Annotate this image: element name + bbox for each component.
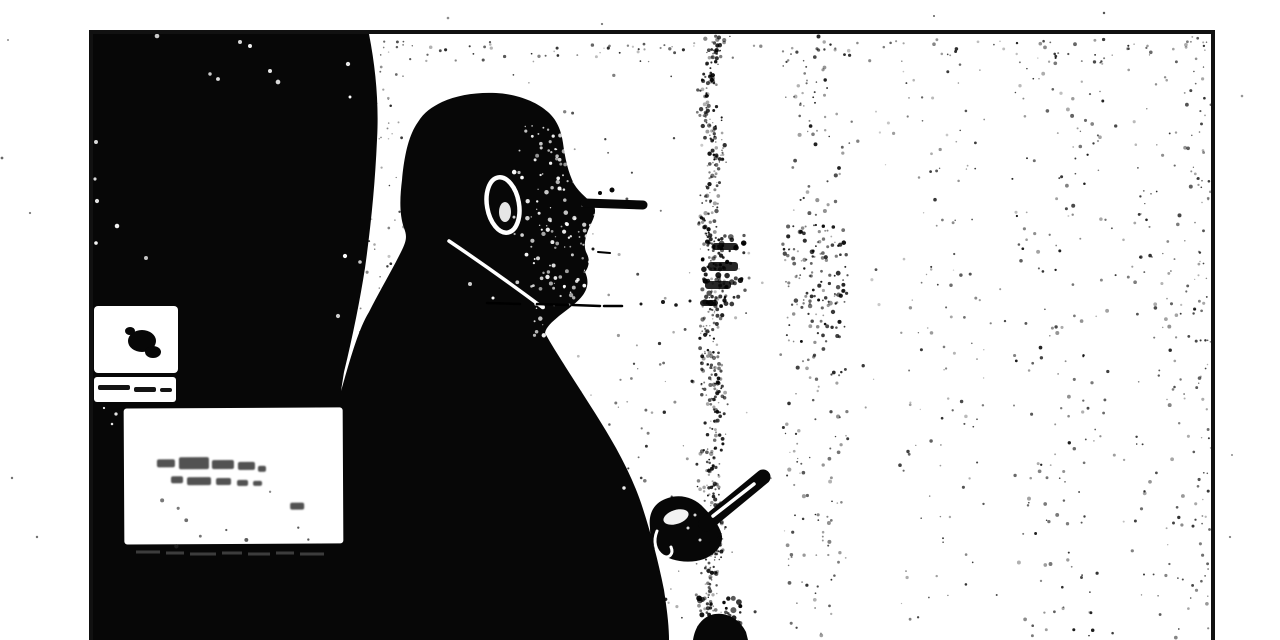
speckle-dot — [826, 180, 828, 182]
speckle-dot — [837, 502, 839, 504]
speckle-dot — [571, 253, 574, 256]
speckle-dot — [714, 408, 718, 412]
speckle-dot — [1241, 95, 1244, 98]
speckle-dot — [533, 61, 535, 63]
speckle-dot — [814, 102, 816, 104]
speckle-dot — [702, 217, 705, 220]
speckle-dot — [562, 230, 566, 234]
speckle-dot — [724, 610, 728, 614]
speckle-dot — [718, 559, 720, 561]
speckle-dot — [814, 607, 816, 609]
speckle-dot — [822, 314, 824, 316]
speckle-dot — [716, 155, 719, 158]
speckle-dot — [712, 406, 715, 409]
speckle-dot — [714, 466, 717, 469]
speckle-dot — [578, 231, 580, 233]
speckle-dot — [1168, 348, 1171, 351]
speckle-dot — [713, 219, 717, 223]
speckle-dot — [614, 402, 617, 405]
speckle-dot — [705, 107, 707, 109]
speckle-dot — [715, 391, 719, 395]
speckle-dot — [1197, 184, 1199, 186]
speckle-dot — [607, 47, 610, 50]
speckle-dot — [208, 72, 211, 75]
speckle-dot — [722, 153, 725, 156]
speckle-dot — [823, 66, 827, 70]
speckle-dot — [926, 274, 927, 275]
speckle-dot — [715, 584, 717, 586]
speckle-dot — [601, 23, 603, 25]
speckle-dot — [815, 214, 817, 216]
speckle-dot — [742, 234, 745, 237]
speckle-dot — [1167, 272, 1170, 275]
speckle-dot — [810, 295, 814, 299]
speckle-dot — [1045, 628, 1048, 631]
speckle-dot — [909, 618, 912, 621]
speckle-dot — [947, 54, 949, 56]
speckle-dot — [667, 602, 669, 604]
speckle-dot — [700, 383, 702, 385]
speckle-dot — [174, 544, 178, 548]
speckle-dot — [823, 78, 826, 81]
speckle-dot — [426, 54, 428, 56]
speckle-dot — [830, 326, 833, 329]
speckle-dot — [999, 288, 1001, 290]
speckle-dot — [1054, 269, 1056, 271]
speckle-dot — [949, 54, 951, 56]
mark — [258, 466, 266, 472]
speckle-dot — [574, 148, 576, 150]
speckle-dot — [155, 34, 160, 39]
speckle-dot — [699, 539, 702, 542]
speckle-dot — [549, 220, 551, 222]
speckle-dot — [1195, 58, 1198, 61]
speckle-dot — [708, 177, 710, 179]
speckle-dot — [822, 237, 825, 240]
speckle-dot — [786, 224, 790, 228]
speckle-dot — [785, 281, 787, 283]
speckle-dot — [1040, 356, 1043, 359]
speckle-dot — [798, 277, 800, 279]
speckle-dot — [582, 223, 586, 227]
speckle-dot — [1156, 144, 1157, 145]
speckle-dot — [1136, 443, 1138, 445]
speckle-dot — [706, 433, 709, 436]
speckle-dot — [1057, 373, 1059, 375]
speckle-dot — [1096, 572, 1099, 575]
speckle-dot — [789, 452, 790, 453]
speckle-dot — [1149, 51, 1153, 55]
speckle-dot — [1081, 60, 1083, 62]
speckle-dot — [366, 271, 369, 274]
speckle-dot — [343, 254, 347, 258]
speckle-dot — [715, 308, 719, 312]
speckle-dot — [612, 74, 615, 77]
speckle-dot — [542, 127, 544, 129]
speckle-dot — [1177, 516, 1180, 519]
speckle-dot — [539, 142, 543, 146]
speckle-dot — [845, 410, 848, 413]
speckle-dot — [244, 538, 248, 542]
speckle-dot — [816, 81, 817, 82]
speckle-dot — [531, 216, 533, 218]
speckle-dot — [713, 605, 715, 607]
speckle-dot — [699, 612, 704, 617]
speckle-dot — [536, 308, 538, 310]
speckle-dot — [1060, 326, 1063, 329]
speckle-dot — [965, 110, 968, 113]
speckle-dot — [959, 130, 961, 132]
speckle-dot — [813, 295, 815, 297]
speckle-dot — [538, 316, 542, 320]
speckle-dot — [1051, 88, 1054, 91]
speckle-dot — [7, 39, 9, 41]
speckle-dot — [1202, 229, 1205, 232]
speckle-dot — [793, 248, 795, 250]
speckle-dot — [1081, 81, 1083, 83]
speckle-dot — [618, 253, 621, 256]
speckle-dot — [380, 166, 382, 168]
speckle-dot — [1207, 339, 1209, 341]
speckle-dot — [387, 127, 389, 129]
speckle-dot — [712, 314, 713, 315]
speckle-dot — [796, 303, 798, 305]
speckle-dot — [1034, 532, 1037, 535]
speckle-dot — [336, 314, 340, 318]
speckle-dot — [1140, 213, 1142, 215]
speckle-dot — [1080, 319, 1084, 323]
speckle-dot — [827, 521, 831, 525]
speckle-dot — [827, 554, 829, 556]
speckle-dot — [1093, 440, 1095, 442]
speckle-dot — [713, 41, 716, 44]
speckle-dot — [709, 325, 710, 326]
speckle-dot — [801, 260, 803, 262]
mark — [708, 262, 738, 271]
speckle-dot — [1181, 494, 1185, 498]
speckle-dot — [803, 239, 807, 243]
speckle-dot — [721, 132, 724, 135]
speckle-dot — [394, 219, 396, 221]
speckle-dot — [1051, 327, 1054, 330]
speckle-dot — [1071, 97, 1074, 100]
speckle-dot — [396, 177, 397, 178]
speckle-dot — [537, 55, 540, 58]
speckle-dot — [846, 274, 848, 276]
speckle-dot — [395, 73, 398, 76]
speckle-dot — [746, 412, 748, 414]
speckle-dot — [830, 613, 832, 615]
speckle-dot — [714, 209, 718, 213]
speckle-dot — [1080, 131, 1081, 132]
speckle-dot — [520, 233, 524, 237]
speckle-dot — [1042, 270, 1045, 273]
speckle-dot — [703, 607, 706, 610]
speckle-dot — [856, 140, 859, 143]
speckle-dot — [708, 589, 712, 593]
speckle-dot — [1166, 527, 1168, 529]
speckle-dot — [700, 361, 704, 365]
speckle-dot — [709, 221, 712, 224]
speckle-dot — [761, 281, 764, 284]
speckle-dot — [533, 334, 536, 337]
speckle-dot — [707, 448, 708, 449]
speckle-dot — [977, 40, 980, 43]
speckle-dot — [828, 605, 831, 608]
speckle-dot — [933, 15, 935, 17]
speckle-dot — [409, 58, 411, 60]
speckle-dot — [1203, 472, 1205, 474]
speckle-dot — [1200, 580, 1203, 583]
speckle-dot — [905, 570, 907, 572]
speckle-dot — [708, 562, 711, 565]
speckle-dot — [719, 317, 722, 320]
speckle-dot — [708, 474, 710, 476]
speckle-dot — [1136, 313, 1139, 316]
speckle-dot — [743, 288, 746, 291]
speckle-dot — [570, 292, 572, 294]
speckle-dot — [716, 419, 720, 423]
speckle-dot — [632, 46, 634, 48]
speckle-dot — [942, 537, 944, 539]
speckle-dot — [1066, 558, 1069, 561]
speckle-dot — [1053, 610, 1056, 613]
speckle-dot — [537, 189, 538, 190]
speckle-dot — [387, 255, 390, 258]
speckle-dot — [708, 351, 712, 355]
speckle-dot — [714, 60, 717, 63]
speckle-dot — [963, 316, 966, 319]
speckle-dot — [794, 514, 796, 516]
speckle-dot — [818, 386, 820, 388]
speckle-dot — [697, 604, 701, 608]
speckle-dot — [1176, 223, 1180, 227]
speckle-dot — [718, 463, 720, 465]
speckle-dot — [1030, 413, 1033, 416]
speckle-dot — [1184, 92, 1186, 94]
speckle-dot — [710, 505, 712, 507]
speckle-dot — [708, 56, 711, 59]
speckle-dot — [927, 327, 929, 329]
speckle-dot — [1016, 53, 1018, 55]
speckle-dot — [711, 579, 712, 580]
speckle-dot — [636, 273, 639, 276]
speckle-dot — [1016, 215, 1018, 217]
speckle-dot — [834, 47, 836, 49]
speckle-dot — [1194, 173, 1197, 176]
speckle-dot — [1040, 580, 1042, 582]
speckle-dot — [708, 462, 711, 465]
speckle-dot — [834, 242, 835, 243]
speckle-dot — [785, 422, 788, 425]
speckle-dot — [793, 341, 795, 343]
speckle-dot — [799, 103, 802, 106]
speckle-dot — [883, 46, 886, 49]
speckle-dot — [704, 328, 706, 330]
speckle-dot — [627, 467, 629, 469]
speckle-dot — [1068, 552, 1070, 554]
speckle-dot — [715, 125, 717, 127]
speckle-dot — [718, 494, 720, 496]
speckle-dot — [929, 170, 932, 173]
speckle-dot — [696, 111, 699, 114]
speckle-dot — [640, 477, 643, 480]
speckle-dot — [807, 131, 808, 132]
speckle-dot — [575, 280, 578, 283]
speckle-dot — [1040, 464, 1042, 466]
speckle-dot — [723, 412, 726, 415]
speckle-dot — [784, 259, 786, 261]
speckle-dot — [967, 165, 969, 167]
speckle-dot — [795, 433, 797, 435]
speckle-dot — [715, 172, 718, 175]
speckle-dot — [626, 401, 628, 403]
speckle-dot — [534, 320, 536, 322]
speckle-dot — [931, 96, 934, 99]
speckle-dot — [716, 593, 718, 595]
speckle-dot — [643, 43, 646, 46]
speckle-dot — [724, 526, 726, 528]
speckle-dot — [805, 66, 807, 68]
speckle-dot — [1137, 167, 1139, 169]
speckle-dot — [712, 480, 714, 482]
speckle-dot — [114, 412, 117, 415]
speckle-dot — [1206, 562, 1209, 565]
speckle-dot — [1127, 69, 1130, 72]
speckle-dot — [815, 198, 819, 202]
speckle-dot — [781, 243, 784, 246]
speckle-dot — [396, 46, 398, 48]
speckle-dot — [1089, 611, 1092, 614]
speckle-dot — [708, 74, 712, 78]
speckle-dot — [1065, 360, 1067, 362]
speckle-dot — [1068, 441, 1071, 444]
speckle-dot — [797, 429, 801, 433]
speckle-dot — [791, 166, 794, 169]
speckle-dot — [717, 377, 721, 381]
speckle-dot — [1071, 566, 1073, 568]
speckle-dot — [993, 44, 995, 46]
speckle-dot — [636, 344, 638, 346]
speckle-dot — [842, 279, 844, 281]
speckle-dot — [563, 163, 567, 167]
speckle-dot — [846, 437, 849, 440]
speckle-dot — [429, 46, 433, 50]
speckle-dot — [787, 317, 789, 319]
mark — [237, 480, 248, 486]
speckle-dot — [699, 325, 702, 328]
speckle-dot — [834, 200, 837, 203]
speckle-dot — [823, 94, 826, 97]
speckle-dot — [960, 400, 963, 403]
speckle-dot — [1083, 515, 1085, 517]
speckle-dot — [696, 595, 702, 601]
speckle-dot — [701, 330, 703, 332]
speckle-dot — [802, 518, 805, 521]
speckle-dot — [1201, 554, 1204, 557]
speckle-dot — [917, 616, 919, 618]
speckle-dot — [638, 456, 640, 458]
speckle-dot — [803, 105, 805, 107]
speckle-dot — [908, 370, 910, 372]
speckle-dot — [1079, 238, 1081, 240]
speckle-dot — [1186, 40, 1189, 43]
speckle-dot — [563, 286, 565, 288]
switch-blob — [125, 327, 135, 335]
speckle-dot — [838, 173, 840, 175]
speckle-dot — [701, 87, 705, 91]
speckle-dot — [807, 358, 810, 361]
speckle-dot — [797, 250, 799, 252]
speckle-dot — [1153, 302, 1157, 306]
speckle-dot — [943, 369, 945, 371]
speckle-dot — [373, 243, 376, 246]
speckle-dot — [996, 594, 998, 596]
speckle-dot — [693, 45, 694, 46]
speckle-dot — [1067, 415, 1070, 418]
speckle-dot — [1175, 60, 1178, 63]
speckle-dot — [974, 297, 977, 300]
speckle-dot — [691, 380, 694, 383]
speckle-dot — [1200, 376, 1202, 378]
speckle-dot — [1073, 378, 1076, 381]
speckle-dot — [1193, 71, 1194, 72]
speckle-dot — [787, 281, 790, 284]
speckle-dot — [708, 249, 710, 251]
speckle-dot — [824, 296, 827, 299]
speckle-dot — [703, 388, 706, 391]
speckle-dot — [711, 367, 713, 369]
speckle-dot — [1055, 513, 1059, 517]
speckle-dot — [946, 134, 949, 137]
speckle-dot — [803, 267, 805, 269]
speckle-dot — [1140, 507, 1143, 510]
speckle-dot — [1105, 309, 1109, 313]
speckle-dot — [906, 450, 909, 453]
speckle-dot — [697, 486, 699, 488]
speckle-dot — [1207, 364, 1209, 366]
speckle-dot — [1062, 607, 1065, 610]
speckle-dot — [665, 381, 666, 382]
speckle-dot — [570, 235, 572, 237]
speckle-dot — [571, 112, 574, 115]
speckle-dot — [708, 383, 712, 387]
speckle-dot — [710, 295, 713, 298]
speckle-dot — [1099, 217, 1103, 221]
speckle-dot — [887, 121, 890, 124]
speckle-dot — [898, 463, 902, 467]
speckle-dot — [718, 415, 722, 419]
speckle-dot — [563, 198, 567, 202]
speckle-dot — [862, 364, 865, 367]
speckle-dot — [1053, 61, 1057, 65]
speckle-dot — [1201, 515, 1203, 517]
mark — [187, 477, 211, 485]
speckle-dot — [383, 47, 385, 49]
speckle-dot — [583, 229, 587, 233]
speckle-dot — [1055, 245, 1057, 247]
speckle-dot — [715, 432, 716, 433]
speckle-dot — [786, 234, 790, 238]
speckle-dot — [668, 47, 671, 50]
speckle-dot — [1074, 158, 1076, 160]
speckle-dot — [803, 299, 805, 301]
speckle-dot — [949, 284, 952, 287]
speckle-dot — [791, 304, 793, 306]
speckle-dot — [782, 65, 783, 66]
speckle-dot — [722, 147, 724, 149]
speckle-dot — [788, 558, 790, 560]
